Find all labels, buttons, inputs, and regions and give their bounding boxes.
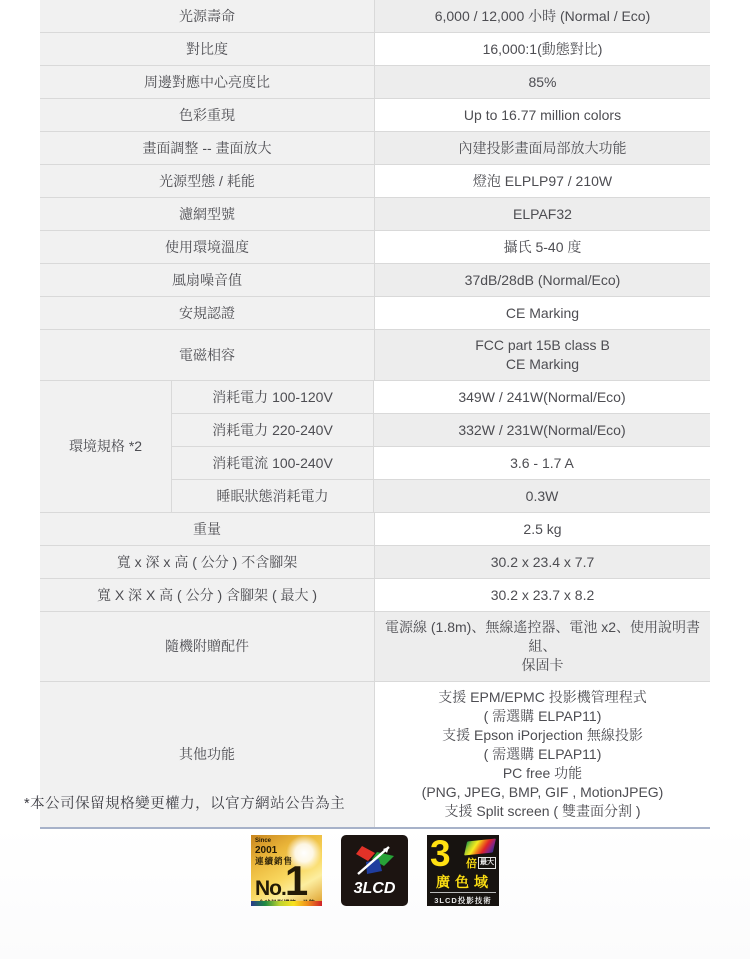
gamut-bei-text: 倍 <box>466 855 477 871</box>
row-value: 2.5 kg <box>375 513 710 545</box>
row-value: FCC part 15B class BCE Marking <box>375 330 710 380</box>
row-value: 37dB/28dB (Normal/Eco) <box>375 264 710 296</box>
row-label: 對比度 <box>40 33 375 65</box>
table-sub-row: 消耗電流 100-240V3.6 - 1.7 A <box>172 446 710 479</box>
gamut-right: 倍 最大 <box>451 837 496 871</box>
row-label: 寬 x 深 x 高 ( 公分 ) 不含腳架 <box>40 546 375 578</box>
value-line: ( 需選購 ELPAP11) <box>484 707 602 726</box>
value-line: (PNG, JPEG, BMP, GIF , MotionJPEG) <box>422 783 664 802</box>
row-label: 寬 X 深 X 高 ( 公分 ) 含腳架 ( 最大 ) <box>40 579 375 611</box>
row-value: 349W / 241W(Normal/Eco) <box>374 381 710 413</box>
gamut-bei-row: 倍 最大 <box>466 855 496 871</box>
row-value: 30.2 x 23.7 x 8.2 <box>375 579 710 611</box>
table-row: 周邊對應中心亮度比85% <box>40 65 710 98</box>
value-line: ELPAF32 <box>513 205 572 224</box>
table-row: 色彩重現Up to 16.77 million colors <box>40 98 710 131</box>
row-value: 攝氏 5-40 度 <box>375 231 710 263</box>
value-line: PC free 功能 <box>503 764 582 783</box>
value-line: 燈泡 ELPLP97 / 210W <box>473 172 612 191</box>
row-label: 風扇噪音值 <box>40 264 375 296</box>
table-sub-row: 消耗電力 100-120V349W / 241W(Normal/Eco) <box>172 381 710 413</box>
gamut-3-text: 3 <box>430 837 451 871</box>
3lcd-wordmark: 3LCD <box>354 880 396 898</box>
value-line: ( 需選購 ELPAP11) <box>484 745 602 764</box>
row-label: 消耗電力 220-240V <box>172 414 374 446</box>
table-row: 光源壽命6,000 / 12,000 小時 (Normal / Eco) <box>40 0 710 32</box>
row-value: Up to 16.77 million colors <box>375 99 710 131</box>
row-label: 光源型態 / 耗能 <box>40 165 375 197</box>
specification-table: 光源壽命6,000 / 12,000 小時 (Normal / Eco)對比度1… <box>40 0 710 829</box>
row-value: CE Marking <box>375 297 710 329</box>
row-label: 睡眠狀態消耗電力 <box>172 480 374 512</box>
row-value: 內建投影畫面局部放大功能 <box>375 132 710 164</box>
row-label: 周邊對應中心亮度比 <box>40 66 375 98</box>
rainbow-stripe <box>251 901 322 906</box>
certification-logos-row: Since 2001 連續銷售 No. 1 全球投影機第一品牌 3LCD 3 <box>0 835 750 906</box>
row-value: 16,000:1(動態對比) <box>375 33 710 65</box>
value-line: 6,000 / 12,000 小時 (Normal / Eco) <box>435 7 651 26</box>
row-label: 光源壽命 <box>40 0 375 32</box>
3lcd-x-icon <box>353 843 397 879</box>
table-row: 寬 X 深 X 高 ( 公分 ) 含腳架 ( 最大 )30.2 x 23.7 x… <box>40 578 710 611</box>
row-value: 332W / 231W(Normal/Eco) <box>374 414 710 446</box>
value-line: 支援 Epson iPorjection 無線投影 <box>442 726 643 745</box>
row-value: ELPAF32 <box>375 198 710 230</box>
table-row: 風扇噪音值37dB/28dB (Normal/Eco) <box>40 263 710 296</box>
row-label: 消耗電流 100-240V <box>172 447 374 479</box>
table-row: 使用環境溫度攝氏 5-40 度 <box>40 230 710 263</box>
table-row: 寬 x 深 x 高 ( 公分 ) 不含腳架30.2 x 23.4 x 7.7 <box>40 545 710 578</box>
value-line: 支援 Split screen ( 雙畫面分割 ) <box>444 802 640 821</box>
table-row: 隨機附贈配件電源線 (1.8m)、無線遙控器、電池 x2、使用說明書組、保固卡 <box>40 611 710 681</box>
row-value: 6,000 / 12,000 小時 (Normal / Eco) <box>375 0 710 32</box>
3x-color-gamut-badge: 3 倍 最大 廣色域 3LCD投影技術 <box>427 835 499 906</box>
value-line: 85% <box>528 73 556 92</box>
value-line: 30.2 x 23.4 x 7.7 <box>491 553 595 572</box>
row-value: 3.6 - 1.7 A <box>374 447 710 479</box>
value-line: 2.5 kg <box>523 520 561 539</box>
row-label: 消耗電力 100-120V <box>172 381 374 413</box>
value-line: FCC part 15B class B <box>475 336 610 355</box>
table-row: 畫面調整 -- 畫面放大內建投影畫面局部放大功能 <box>40 131 710 164</box>
no1-since-label: Since <box>255 838 318 845</box>
spec-page: 光源壽命6,000 / 12,000 小時 (Normal / Eco)對比度1… <box>0 0 750 959</box>
gamut-max-badge: 最大 <box>478 857 496 868</box>
value-line: 攝氏 5-40 度 <box>504 238 582 257</box>
row-label: 濾網型號 <box>40 198 375 230</box>
color-gamut-icon <box>464 839 496 856</box>
row-group-inner: 消耗電力 100-120V349W / 241W(Normal/Eco)消耗電力… <box>172 381 710 512</box>
value-line: 電源線 (1.8m)、無線遙控器、電池 x2、使用說明書組、 <box>385 618 700 656</box>
value-line: 內建投影畫面局部放大功能 <box>459 139 627 158</box>
value-line: CE Marking <box>506 355 579 374</box>
table-row: 濾網型號ELPAF32 <box>40 197 710 230</box>
no1-sales-badge: Since 2001 連續銷售 No. 1 全球投影機第一品牌 <box>251 835 322 906</box>
row-group-label: 環境規格 *2 <box>40 381 172 512</box>
table-sub-row: 睡眠狀態消耗電力0.3W <box>172 479 710 512</box>
row-value: 85% <box>375 66 710 98</box>
value-line: 349W / 241W(Normal/Eco) <box>458 388 625 407</box>
row-value: 30.2 x 23.4 x 7.7 <box>375 546 710 578</box>
value-line: 支援 EPM/EPMC 投影機管理程式 <box>438 688 646 707</box>
value-line: 16,000:1(動態對比) <box>483 40 603 59</box>
row-label: 電磁相容 <box>40 330 375 380</box>
3lcd-logo: 3LCD <box>341 835 408 906</box>
row-label: 畫面調整 -- 畫面放大 <box>40 132 375 164</box>
value-line: 30.2 x 23.7 x 8.2 <box>491 586 595 605</box>
value-line: 保固卡 <box>522 656 564 675</box>
value-line: 332W / 231W(Normal/Eco) <box>458 421 625 440</box>
gamut-subtitle: 3LCD投影技術 <box>430 892 496 909</box>
row-value: 支援 EPM/EPMC 投影機管理程式( 需選購 ELPAP11)支援 Epso… <box>375 682 710 827</box>
value-line: CE Marking <box>506 304 579 323</box>
table-row-group: 環境規格 *2消耗電力 100-120V349W / 241W(Normal/E… <box>40 380 710 512</box>
value-line: Up to 16.77 million colors <box>464 106 621 125</box>
gamut-title: 廣色域 <box>430 872 496 892</box>
table-sub-row: 消耗電力 220-240V332W / 231W(Normal/Eco) <box>172 413 710 446</box>
row-value: 0.3W <box>374 480 710 512</box>
no1-one-text: 1 <box>285 865 308 898</box>
no1-mark: No. 1 <box>255 865 318 898</box>
value-line: 37dB/28dB (Normal/Eco) <box>465 271 621 290</box>
row-value: 電源線 (1.8m)、無線遙控器、電池 x2、使用說明書組、保固卡 <box>375 612 710 681</box>
row-label: 使用環境溫度 <box>40 231 375 263</box>
row-label: 隨機附贈配件 <box>40 612 375 681</box>
row-label: 色彩重現 <box>40 99 375 131</box>
table-row: 光源型態 / 耗能燈泡 ELPLP97 / 210W <box>40 164 710 197</box>
disclaimer-footnote: *本公司保留規格變更權力，以官方網站公告為主 <box>24 792 345 813</box>
table-row: 安規認證CE Marking <box>40 296 710 329</box>
row-label: 安規認證 <box>40 297 375 329</box>
row-value: 燈泡 ELPLP97 / 210W <box>375 165 710 197</box>
table-row: 重量2.5 kg <box>40 512 710 545</box>
value-line: 0.3W <box>526 487 559 506</box>
table-row: 電磁相容FCC part 15B class BCE Marking <box>40 329 710 380</box>
gamut-top: 3 倍 最大 <box>430 837 496 871</box>
row-label: 重量 <box>40 513 375 545</box>
no1-year-label: 2001 <box>255 845 318 856</box>
table-row: 對比度16,000:1(動態對比) <box>40 32 710 65</box>
value-line: 3.6 - 1.7 A <box>510 454 574 473</box>
no1-no-text: No. <box>255 881 286 897</box>
